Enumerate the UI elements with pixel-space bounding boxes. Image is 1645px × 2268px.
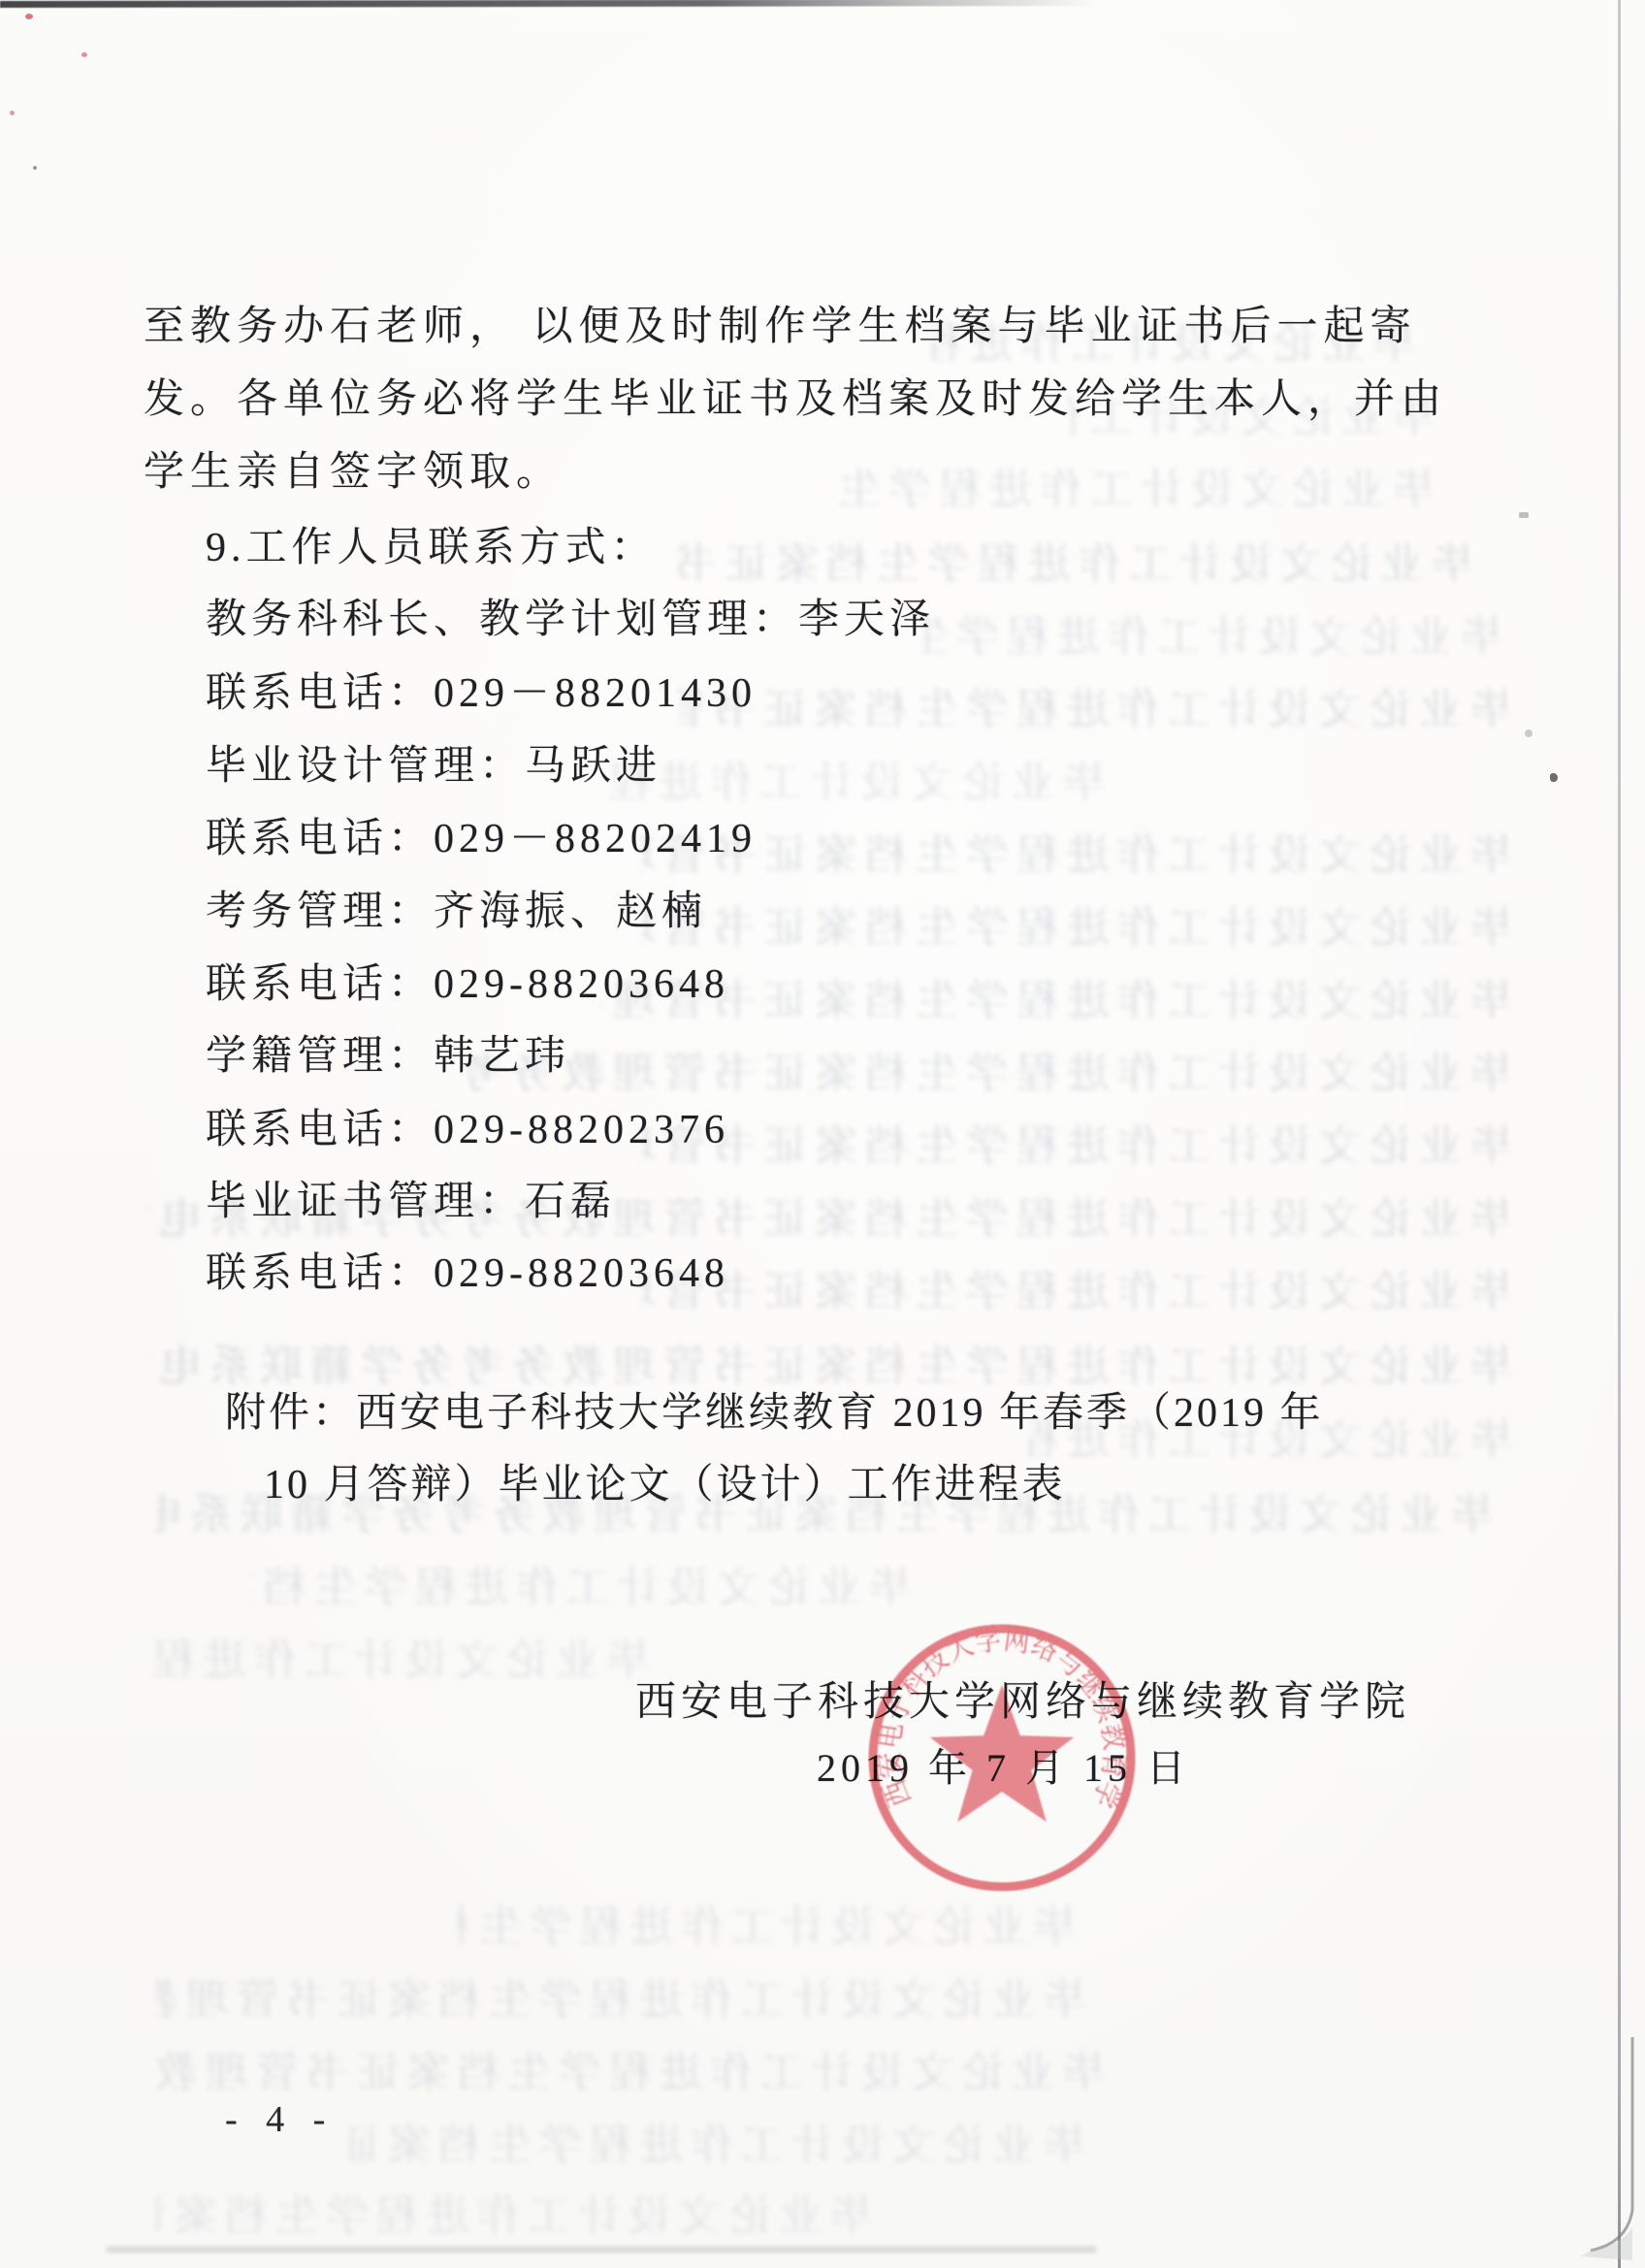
- ghost-line: 毕业论文设计工作进程学生档案证书管: [679, 529, 1474, 591]
- ghost-line: 毕业论文设计工作进程学生档案证书管理教: [601, 965, 1513, 1027]
- dust-speck: [1550, 773, 1558, 782]
- contact-line: 毕业证书管理：石磊: [206, 1178, 616, 1226]
- body-line: 学生亲自签字领取。: [144, 448, 563, 497]
- ghost-line: 毕业论文设计工作进程学生档案证书管理: [640, 1111, 1513, 1173]
- body-line: 发。各单位务必将学生毕业证书及档案及时发给学生本人，并由: [144, 375, 1447, 424]
- scanned-document-page: 毕业论文设计工作进程毕业论文设计工作毕业论文设计工作进程学生档毕业论文设计工作进…: [0, 0, 1645, 2268]
- page-corner-curl: [1542, 2037, 1645, 2268]
- contact-line: 学籍管理：韩艺玮: [206, 1032, 570, 1081]
- red-speck: [10, 111, 15, 115]
- ghost-line: 毕业论文设计工作进程学生档案证书管理教务考务: [456, 1038, 1513, 1100]
- contact-line: 考务管理：齐海振、赵楠: [206, 888, 707, 936]
- contact-line: 联系电话：029-88203648: [206, 1249, 729, 1298]
- ghost-line: 毕业论文设计工作进程学生档案: [252, 1552, 912, 1614]
- contact-line: 毕业设计管理：马跃进: [206, 742, 661, 791]
- scan-top-edge-shadow: [0, 0, 1290, 8]
- contact-line: 教务科科长、教学计划管理：李天泽: [206, 596, 935, 644]
- contact-line: 联系电话：029-88203648: [206, 960, 729, 1009]
- ghost-line: 毕业论文设计工作进程学生档案证书管理教务: [155, 1964, 1086, 2026]
- attachment-line: 10 月答辩）毕业论文（设计）工作进程表: [264, 1461, 1066, 1509]
- contact-section-heading: 9.工作人员联系方式：: [206, 524, 657, 572]
- ghost-line: 毕业论文设计工作进程学: [145, 1625, 650, 1687]
- ghost-line: 毕业论文设计工作进程学生档案证: [155, 2181, 873, 2243]
- official-seal: 西安电子科技大学网络与继续教育学院: [842, 1603, 1162, 1923]
- body-line: 至教务办石老师， 以便及时制作学生档案与毕业证书后一起寄: [144, 303, 1417, 351]
- ghost-line: 毕业论文设计工作进程学生档案证书管理教务考务学籍联系电话安: [145, 1331, 1513, 1393]
- star-icon: [930, 1685, 1074, 1822]
- page-number: - 4 -: [225, 2095, 335, 2144]
- scan-bottom-smudge: [107, 2247, 1096, 2252]
- red-speck: [25, 14, 33, 19]
- contact-line: 联系电话：029－88201430: [206, 669, 757, 718]
- ghost-line: 毕业论文设计工作进程学生档案证书: [349, 2110, 1086, 2172]
- contact-line: 联系电话：029-88202376: [206, 1106, 729, 1154]
- ghost-line: 毕业论文设计工作进程学生档案证书管理: [679, 674, 1513, 736]
- ghost-line: 毕业论文设计工作进程学: [601, 747, 1106, 809]
- dust-speck: [33, 166, 37, 170]
- ghost-line: 毕业论文设计工作进程学生档: [834, 454, 1435, 516]
- ghost-line: 毕业论文设计工作进程学生档案证书管理: [640, 820, 1513, 882]
- ghost-line: 毕业论文设计工作进程学生档案证书管理教务: [155, 2037, 1106, 2099]
- red-speck: [81, 52, 87, 57]
- dust-speck: [1519, 512, 1529, 518]
- dust-speck: [1525, 729, 1532, 737]
- scan-right-page-edge: [1618, 0, 1621, 2268]
- ghost-line: 毕业论文设计工作进程学生档案证书管理: [640, 892, 1513, 955]
- contact-line: 联系电话：029－88202419: [206, 815, 757, 863]
- attachment-line: 附件：西安电子科技大学继续教育 2019 年春季（2019 年: [225, 1389, 1324, 1438]
- ghost-line: 毕业论文设计工作进程学生: [921, 601, 1503, 664]
- ghost-line: 毕业论文设计工作进程学生档案证书管理: [640, 1256, 1513, 1318]
